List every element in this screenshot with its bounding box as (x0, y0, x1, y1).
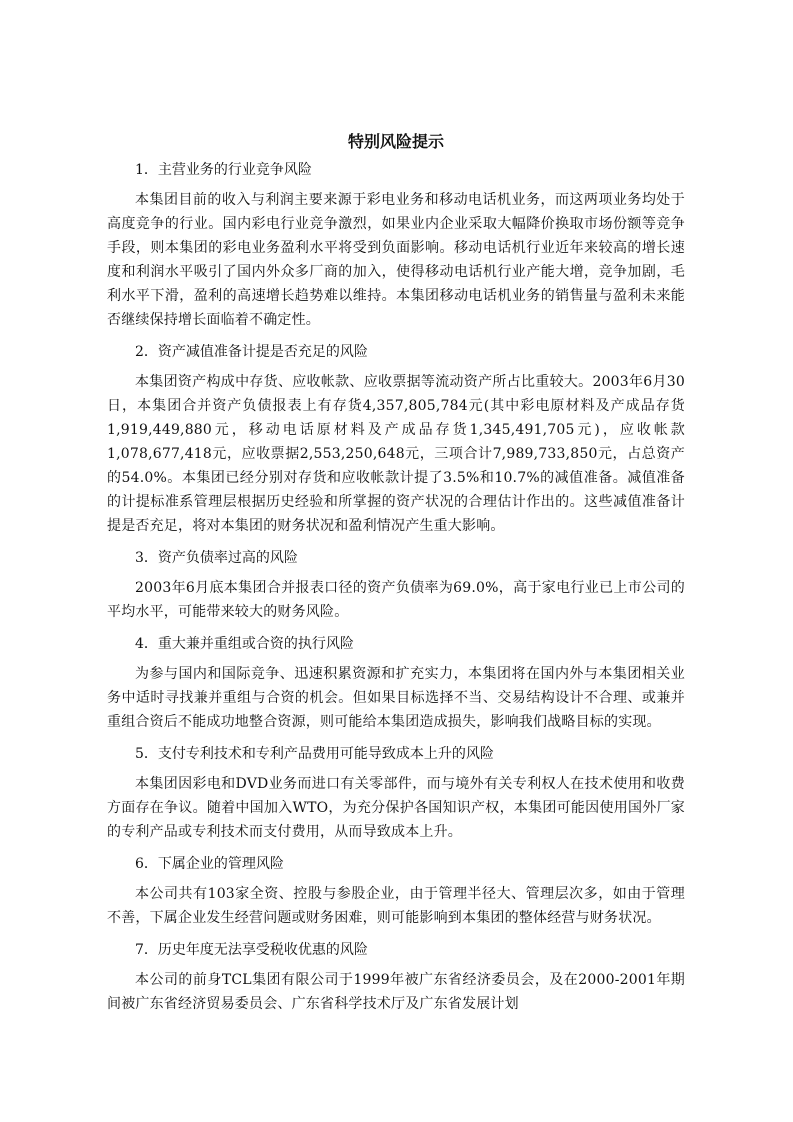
section-heading: 5．支付专利技术和专利产品费用可能导致成本上升的风险 (107, 742, 685, 766)
section-6: 6．下属企业的管理风险 本公司共有103家全资、控股与参股企业，由于管理半径大、… (107, 852, 685, 930)
section-body: 本公司共有103家全资、控股与参股企业，由于管理半径大、管理层次多，如由于管理不… (107, 882, 685, 930)
section-7: 7．历史年度无法享受税收优惠的风险 本公司的前身TCL集团有限公司于1999年被… (107, 938, 685, 1016)
section-heading: 3．资产负债率过高的风险 (107, 546, 685, 570)
section-heading: 4．重大兼并重组或合资的执行风险 (107, 632, 685, 656)
section-heading: 6．下属企业的管理风险 (107, 852, 685, 876)
section-heading: 7．历史年度无法享受税收优惠的风险 (107, 938, 685, 962)
section-body: 本公司的前身TCL集团有限公司于1999年被广东省经济委员会，及在2000-20… (107, 968, 685, 1016)
section-1: 1．主营业务的行业竞争风险 本集团目前的收入与利润主要来源于彩电业务和移动电话机… (107, 158, 685, 332)
section-5: 5．支付专利技术和专利产品费用可能导致成本上升的风险 本集团因彩电和DVD业务而… (107, 742, 685, 844)
document-page: 特别风险提示 1．主营业务的行业竞争风险 本集团目前的收入与利润主要来源于彩电业… (107, 130, 685, 1024)
section-3: 3．资产负债率过高的风险 2003年6月底本集团合并报表口径的资产负债率为69.… (107, 546, 685, 624)
section-heading: 2．资产减值准备计提是否充足的风险 (107, 340, 685, 364)
section-body: 本集团资产构成中存货、应收帐款、应收票据等流动资产所占比重较大。2003年6月3… (107, 370, 685, 538)
section-body: 本集团因彩电和DVD业务而进口有关零部件，而与境外有关专利权人在技术使用和收费方… (107, 772, 685, 844)
section-2: 2．资产减值准备计提是否充足的风险 本集团资产构成中存货、应收帐款、应收票据等流… (107, 340, 685, 538)
section-body: 本集团目前的收入与利润主要来源于彩电业务和移动电话机业务，而这两项业务均处于高度… (107, 188, 685, 332)
page-title: 特别风险提示 (107, 130, 685, 154)
section-heading: 1．主营业务的行业竞争风险 (107, 158, 685, 182)
section-body: 2003年6月底本集团合并报表口径的资产负债率为69.0%，高于家电行业已上市公… (107, 576, 685, 624)
section-4: 4．重大兼并重组或合资的执行风险 为参与国内和国际竞争、迅速积累资源和扩充实力，… (107, 632, 685, 734)
section-body: 为参与国内和国际竞争、迅速积累资源和扩充实力，本集团将在国内外与本集团相关业务中… (107, 662, 685, 734)
